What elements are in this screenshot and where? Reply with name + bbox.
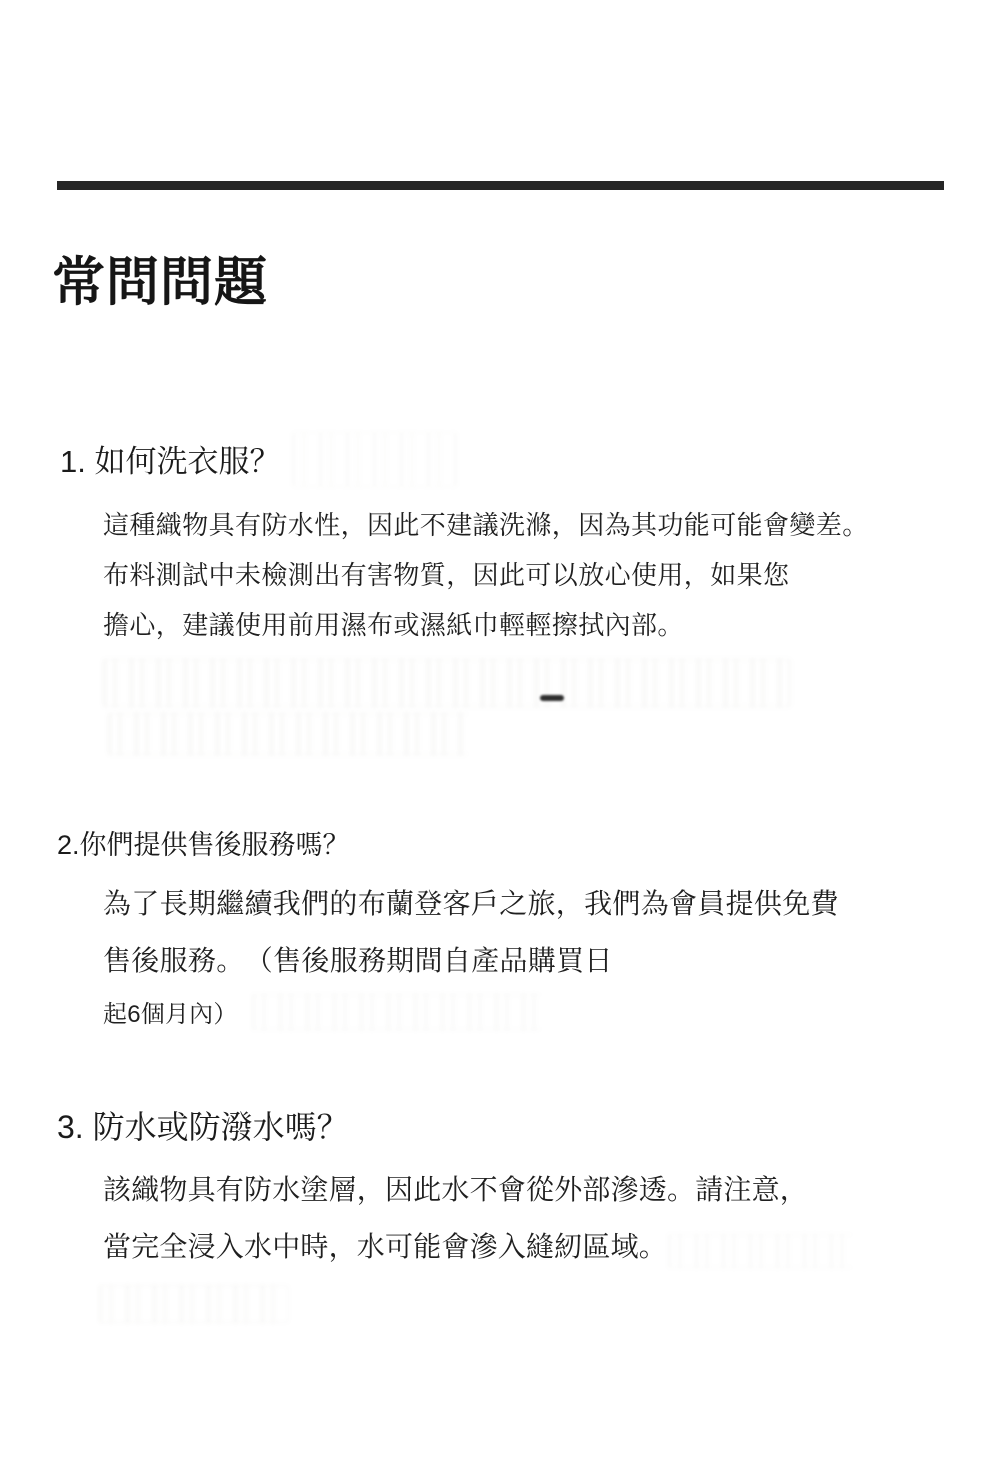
erased-text-artifact (103, 659, 791, 707)
faq-question-3: 3. 防水或防潑水嗎？ (57, 1111, 349, 1145)
faq-answer-3-line-2: 當完全浸入水中時，水可能會滲入縫紉區域。 (103, 1232, 667, 1263)
faq-answer-1-line-3: 擔心，建議使用前用濕布或濕紙巾輕輕擦拭內部。 (103, 611, 684, 640)
faq-answer-1-line-1: 這種織物具有防水性，因此不建議洗滌，因為其功能可能會變差。 (103, 511, 869, 540)
page-title: 常問問題 (52, 254, 268, 312)
faq-question-2: 2.你們提供售後服務嗎？ (57, 831, 350, 859)
top-divider-rule (57, 181, 944, 190)
erased-text-artifact (668, 1234, 853, 1268)
faq-answer-3-line-1: 該織物具有防水塗層，因此水不會從外部滲透。請注意， (103, 1175, 808, 1206)
erased-text-artifact (99, 1285, 289, 1323)
faq-document-page: 常問問題 1. 如何洗衣服？ 這種織物具有防水性，因此不建議洗滌，因為其功能可能… (0, 0, 1000, 1460)
faq-answer-2-line-2: 售後服務。 （售後服務期間自產品購買日 (103, 946, 613, 977)
faq-answer-2-line-3: 起6個月內） (103, 1002, 238, 1028)
erased-text-artifact (292, 432, 457, 487)
faq-answer-2-line-1: 為了長期繼續我們的布蘭登客戶之旅，我們為會員提供免費 (103, 889, 839, 920)
faq-answer-1-line-2: 布料測試中未檢測出有害物質，因此可以放心使用，如果您 (103, 561, 789, 590)
faq-question-1: 1. 如何洗衣服？ (60, 446, 280, 479)
erased-text-artifact (108, 713, 468, 755)
scan-smudge-mark (540, 695, 564, 701)
erased-text-artifact (252, 994, 542, 1030)
